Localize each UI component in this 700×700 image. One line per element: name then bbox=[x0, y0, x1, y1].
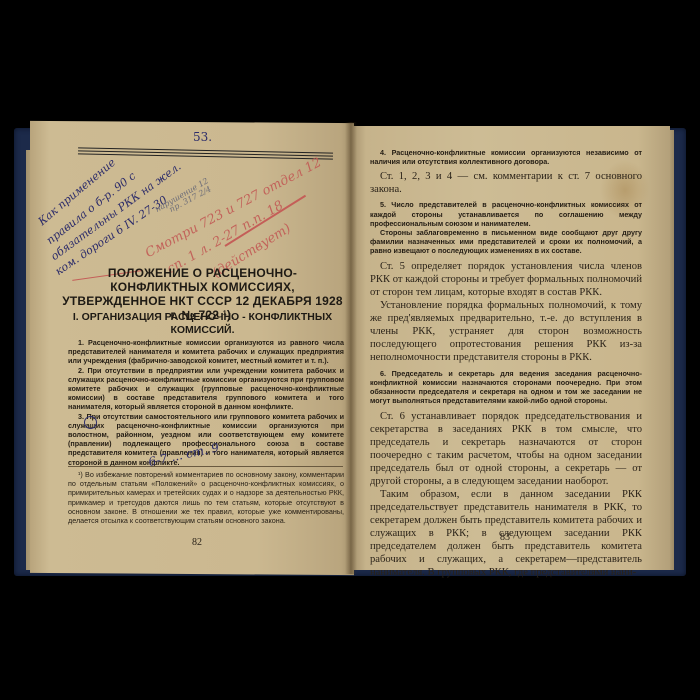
commentary-6: Ст. 6 устанавливает порядок председатель… bbox=[370, 410, 642, 488]
commentary-5: Ст. 5 определяет порядок установления чи… bbox=[370, 260, 642, 299]
right-page-content: 4. Расценочно-конфликтные комиссии орган… bbox=[370, 148, 642, 579]
page-number-right: 83 bbox=[500, 532, 510, 543]
article-5: 5. Число представителей в расценочно-кон… bbox=[370, 200, 642, 228]
commentary-5-cont: Установление порядка формальных полномоч… bbox=[370, 299, 642, 364]
article-2: 2. При отсутствии в предприятии или учре… bbox=[68, 366, 344, 412]
article-3: 3. При отсутствии самостоятельного или г… bbox=[68, 412, 344, 467]
page-number-left: 82 bbox=[192, 537, 202, 548]
section-heading: I. ОРГАНИЗАЦИЯ РАСЦЕНОЧНО - КОНФЛИКТНЫХ … bbox=[60, 311, 345, 337]
commentary-1-4: Ст. 1, 2, 3 и 4 — см. комментарии к ст. … bbox=[370, 170, 642, 196]
footnote-rule bbox=[68, 466, 343, 467]
article-5-cont: Стороны заблаговременно в письменном вид… bbox=[370, 228, 642, 256]
footnote-text: ¹) Во избежание повторений комментариев … bbox=[68, 470, 344, 525]
article-4: 4. Расценочно-конфликтные комиссии орган… bbox=[370, 148, 642, 166]
footnote: ¹) Во избежание повторений комментариев … bbox=[68, 470, 344, 525]
handwritten-number: 53. bbox=[193, 130, 212, 144]
circled-article-number bbox=[84, 416, 97, 429]
article-6: 6. Председатель и секретарь для ведения … bbox=[370, 369, 642, 406]
book-gutter bbox=[345, 122, 357, 574]
article-1: 1. Расценочно-конфликтные комиссии орган… bbox=[68, 338, 344, 366]
